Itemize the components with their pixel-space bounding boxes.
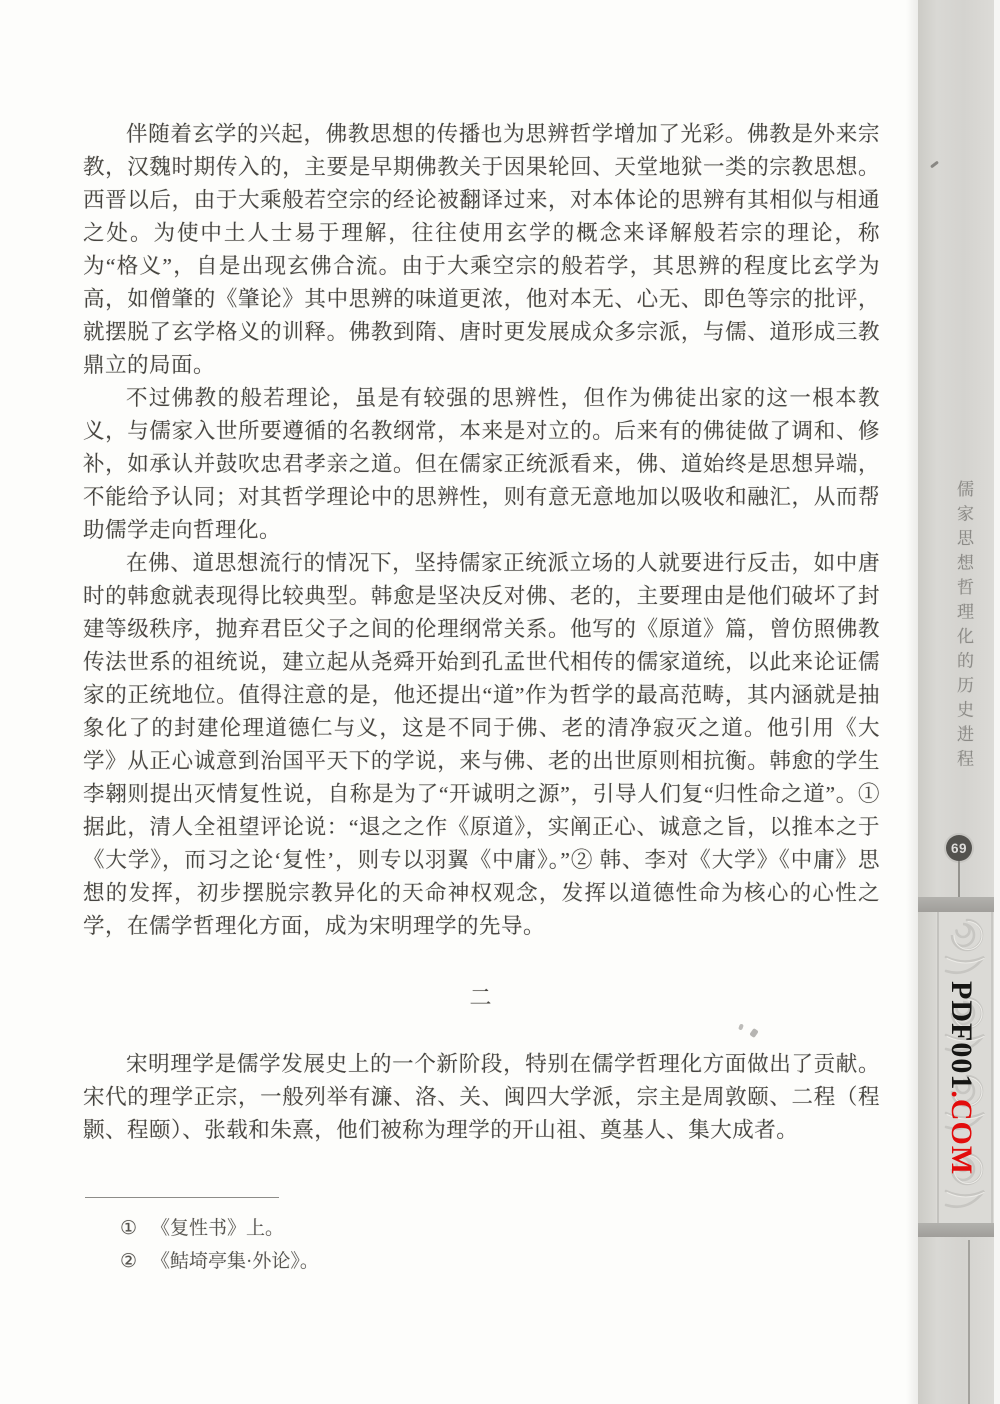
footnote-item: ② 《鲒埼亭集·外论》。 — [120, 1245, 720, 1278]
sidebar-rule-line — [968, 1240, 970, 1404]
page-text-column: 伴随着玄学的兴起，佛教思想的传播也为思辨哲学增加了光彩。佛教是外来宗教，汉魏时期… — [83, 118, 880, 1147]
footnote-divider — [85, 1197, 279, 1198]
page-edge-highlight — [994, 0, 1000, 1404]
body-paragraph-4: 宋明理学是儒学发展史上的一个新阶段，特别在儒学哲理化方面做出了贡献。宋代的理学正… — [83, 1048, 880, 1147]
footnote-marker: ① — [120, 1212, 137, 1245]
watermark: PDF001.COM — [944, 981, 978, 1175]
footnote-list: ① 《复性书》上。 ② 《鲒埼亭集·外论》。 — [120, 1212, 720, 1278]
section-heading: 二 — [83, 981, 880, 1014]
watermark-black-text: PDF001 — [945, 981, 978, 1090]
body-paragraph-1: 伴随着玄学的兴起，佛教思想的传播也为思辨哲学增加了光彩。佛教是外来宗教，汉魏时期… — [83, 118, 880, 382]
watermark-red-text: .COM — [945, 1090, 978, 1175]
sidebar-book-title: 儒家思想哲理化的历史进程 — [951, 480, 976, 810]
badge-connector-line — [958, 861, 960, 898]
body-paragraph-2: 不过佛教的般若理论，虽是有较强的思辨性，但作为佛徒出家的这一根本教义，与儒家入世… — [83, 382, 880, 547]
body-paragraph-3: 在佛、道思想流行的情况下，坚持儒家正统派立场的人就要进行反击，如中唐时的韩愈就表… — [83, 547, 880, 943]
footnote-marker: ② — [120, 1245, 137, 1278]
title-end-dot — [962, 726, 967, 731]
sidebar-band-bottom — [918, 1223, 994, 1237]
footnote-item: ① 《复性书》上。 — [120, 1212, 720, 1245]
footnote-text: 《复性书》上。 — [151, 1212, 284, 1245]
page-number-badge: 69 — [946, 835, 972, 861]
footnote-text: 《鲒埼亭集·外论》。 — [151, 1245, 319, 1278]
sidebar-band-top — [918, 897, 994, 912]
